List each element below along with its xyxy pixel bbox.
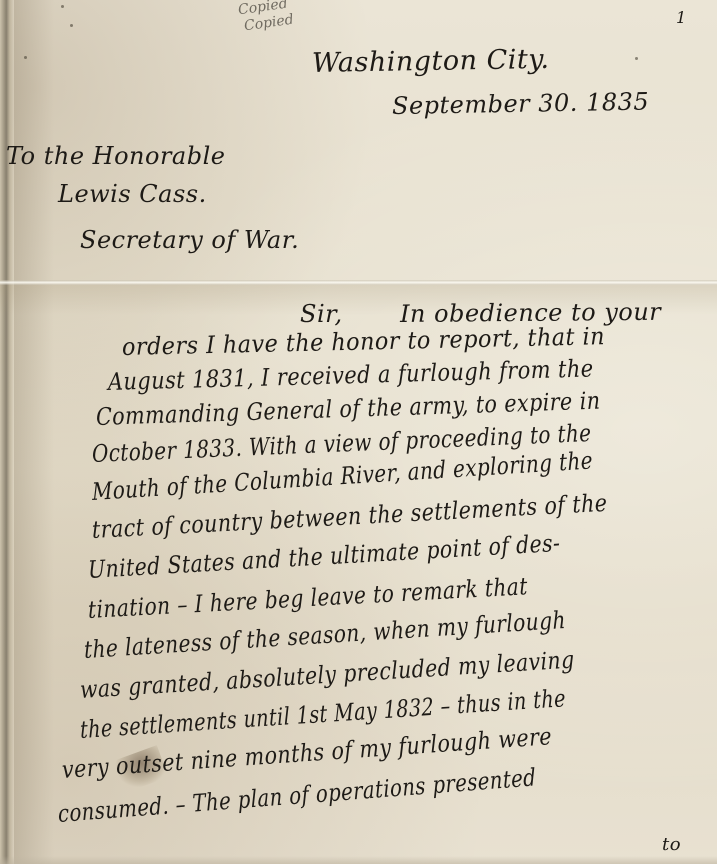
paper-spot (61, 5, 64, 8)
paper-edge-shadow (14, 0, 54, 864)
date-line: September 30. 1835 (392, 88, 650, 120)
address-line-2: Lewis Cass. (58, 180, 207, 208)
paper-spot (70, 24, 73, 27)
catchword: to (662, 834, 681, 855)
address-line-1: To the Honorable (6, 142, 225, 170)
place-line: Washington City. (312, 44, 550, 79)
paper-spot (24, 56, 27, 59)
page-number: 1 (676, 8, 687, 27)
address-line-3: Secretary of War. (80, 226, 299, 254)
paper-spot (635, 57, 638, 60)
letter-page: Copied Copied 1 Washington City. Septemb… (0, 0, 717, 864)
salutation: Sir, (300, 300, 343, 328)
paper-bottom-edge (0, 856, 717, 864)
paper-left-edge (0, 0, 14, 864)
